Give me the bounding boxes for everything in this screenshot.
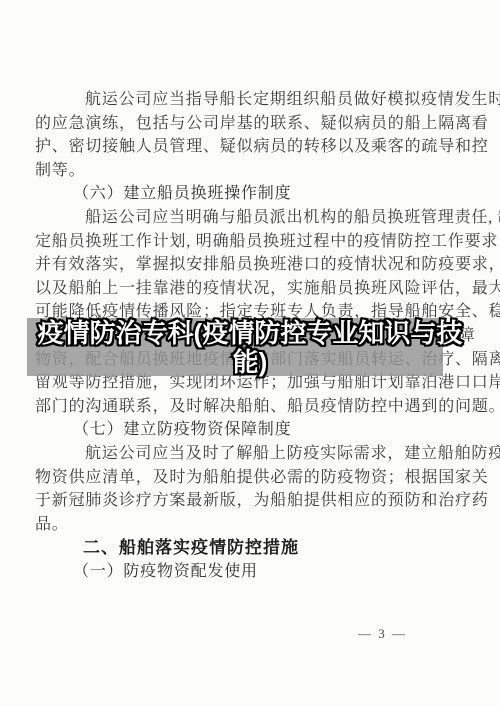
text-line: （六）建立船员换班操作制度 (35, 182, 475, 206)
page-number-label: — 3 — (358, 626, 407, 642)
text-line: （一）防疫物资配发使用 (35, 560, 475, 584)
text-line: 并有效落实，掌握拟安排船员换班港口的疫情状况和防疫要求， (35, 253, 475, 277)
caption-title: 疫情防治专科(疫情防控专业知识与技 能) (0, 319, 500, 377)
caption-title-line1: 疫情防治专科(疫情防控专业知识与技 (0, 319, 500, 348)
text-line: 定船员换班工作计划, 明确船员换班过程中的疫情防控工作要求 (35, 230, 475, 254)
text-line: 的应急演练，包括与公司岸基的联系、疑似病员的船上隔离看 (35, 112, 475, 136)
text-line: （七）建立防疫物资保障制度 (35, 418, 475, 442)
text-line: 于新冠肺炎诊疗方案最新版，为船舶提供相应的预防和治疗药 (35, 489, 475, 513)
caption-title-line2: 能) (0, 348, 500, 377)
text-line: 航运公司应当指导船长定期组织船员做好模拟疫情发生时 (35, 88, 475, 112)
text-line: 品。 (35, 513, 475, 537)
text-line: 部门的沟通联系，及时解决船舶、船员疫情防控中遇到的问题。 (35, 395, 475, 419)
page-number: — 3 — (0, 626, 500, 646)
scanned-document-page: 航运公司应当指导船长定期组织船员做好模拟疫情发生时的应急演练，包括与公司岸基的联… (0, 0, 500, 706)
text-line: 船运公司应当明确与船员派出机构的船员换班管理责任, 制 (35, 206, 475, 230)
text-line: 物资供应清单，及时为船舶提供必需的防疫物资；根据国家关 (35, 466, 475, 490)
text-line: 二、船舶落实疫情防控措施 (35, 536, 475, 560)
text-line: 以及船舶上一挂靠港的疫情状况，实施船员换班风险评估，最大 (35, 277, 475, 301)
text-line: 护、密切接触人员管理、疑似病员的转移以及乘客的疏导和控 (35, 135, 475, 159)
text-line: 制等。 (35, 159, 475, 183)
text-line: 航运公司应当及时了解船上防疫实际需求，建立船舶防疫 (35, 442, 475, 466)
